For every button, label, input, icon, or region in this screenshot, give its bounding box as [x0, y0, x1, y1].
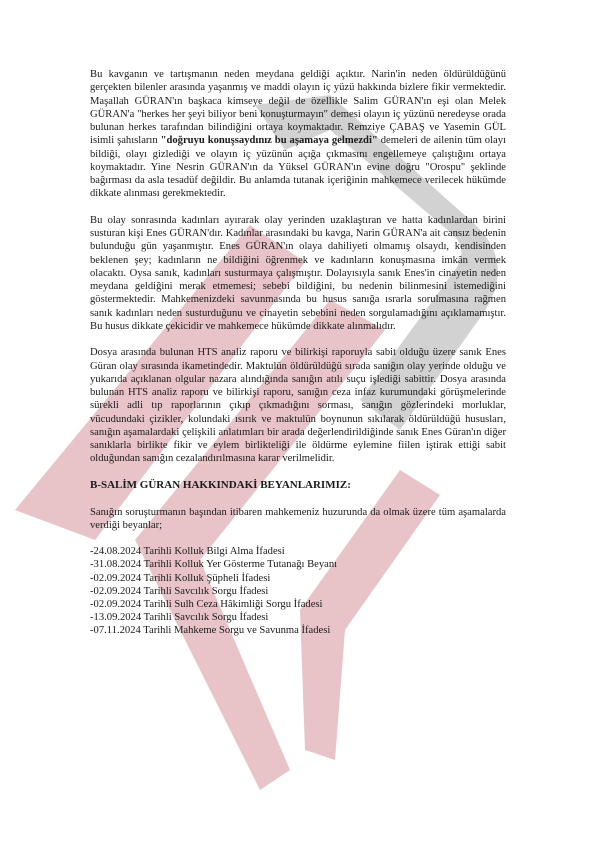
text-segment: Dosya arasında bulunan HTS analiz raporu… [90, 347, 506, 464]
list-item: -02.09.2024 Tarihli Savcılık Sorgu İfade… [90, 585, 506, 598]
document-page: Bu kavganın ve tartışmanın neden meydana… [90, 68, 506, 638]
list-item: -02.09.2024 Tarihli Sulh Ceza Hâkimliği … [90, 598, 506, 611]
paragraph-tutanak: Bu kavganın ve tartışmanın neden meydana… [90, 68, 506, 201]
bold-quote: "doğruyu konuşsaydınız bu aşamaya gelmez… [161, 135, 378, 146]
list-item: -31.08.2024 Tarihli Kolluk Yer Gösterme … [90, 558, 506, 571]
section-heading: B-SALİM GÜRAN HAKKINDAKİ BEYANLARIMIZ: [90, 479, 506, 492]
list-item: -24.08.2024 Tarihli Kolluk Bilgi Alma İf… [90, 545, 506, 558]
statements-intro: Sanığın soruşturmanın başından itibaren … [90, 506, 506, 533]
paragraph-hts-analiz: Dosya arasında bulunan HTS analiz raporu… [90, 346, 506, 465]
list-item: -13.09.2024 Tarihli Savcılık Sorgu İfade… [90, 611, 506, 624]
list-item: -02.09.2024 Tarihli Kolluk Şüpheli İfade… [90, 572, 506, 585]
list-item: -07.11.2024 Tarihli Mahkeme Sorgu ve Sav… [90, 624, 506, 637]
statements-list: -24.08.2024 Tarihli Kolluk Bilgi Alma İf… [90, 545, 506, 637]
text-segment: Bu olay sonrasında kadınları ayırarak ol… [90, 215, 506, 332]
paragraph-enes-guran-kadinlar: Bu olay sonrasında kadınları ayırarak ol… [90, 214, 506, 333]
